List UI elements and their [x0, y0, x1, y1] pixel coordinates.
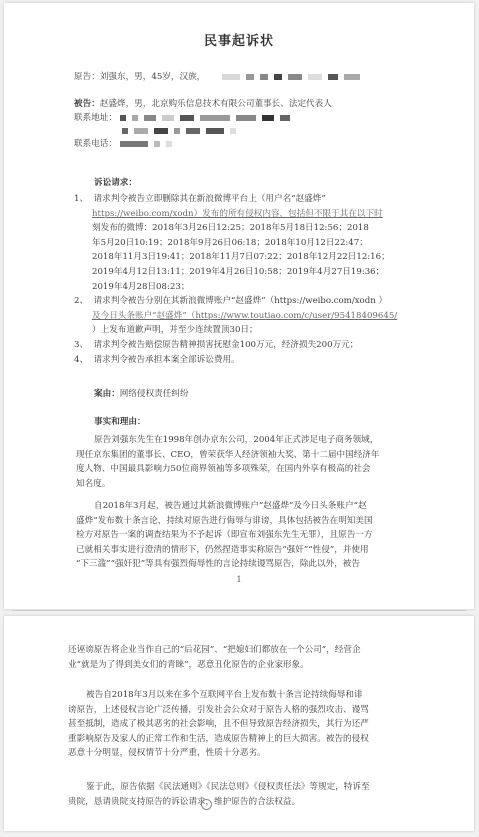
weibo-link[interactable]: https://weibo.com/xodn）发布的所有侵权内容，包括但不限于其…: [92, 209, 383, 219]
claim-number: 4、: [74, 355, 88, 365]
defendant-line: 被告：赵盛烨，男，北京购乐信息技术有限公司董事长、法定代表人: [74, 98, 332, 111]
paragraph-line: 甚至抵制，造成了极其恶劣的社会影响，且不但导致原告经济损失，其行为还严: [68, 717, 369, 732]
cause-of-action: 案由：网络侵权责任纠纷: [94, 388, 189, 401]
paragraph-line: 知名度。: [76, 477, 380, 492]
paragraph-line: 度人物、中国最具影响力50位商界领袖等多项殊荣，在国内外享有极高的社会: [76, 462, 380, 477]
phone-label: 联系电话：: [74, 139, 117, 149]
claim-number: 2、: [74, 296, 88, 306]
watermark-icon: [201, 799, 212, 810]
claim-4: 4、 请求判令被告承担本案全部诉讼费用。: [74, 353, 240, 368]
claim-text: 2019年4月28日08:23；: [74, 280, 390, 295]
paragraph-line: 原告刘强东先生在1998年创办京东公司，2004年正式涉足电子商务领域，: [76, 433, 380, 448]
plaintiff-label: 原告：: [74, 72, 100, 82]
facts-heading: 事实和理由：: [94, 416, 146, 429]
facts-paragraph-4: 被告自2018年3月以来在多个互联网平台上发布数十条言论持续侮辱和诽 谤原告，上…: [68, 688, 369, 761]
document-title: 民事起诉状: [4, 30, 474, 49]
paragraph-line: 盛烨”发布数十条言论，持续对原告进行侮辱与诽谤，具体包括被告在明知美国: [76, 514, 373, 529]
paragraph-line: 自2018年3月起，被告通过其新浪微博账户“赵盛烨”及今日头条账户“赵: [76, 499, 373, 514]
address-label: 联系地址：: [74, 113, 117, 123]
facts-paragraph-2: 自2018年3月起，被告通过其新浪微博账户“赵盛烨”及今日头条账户“赵 盛烨”发…: [76, 499, 373, 572]
facts-paragraph-5: 鉴于此，原告依据《民法通则》《民法总则》《侵权责任法》等规定，特诉至 贵院，恳请…: [68, 780, 370, 809]
page-divider: [12, 610, 467, 611]
claim-text: 年5月20日10:19；2018年9月26日06:18；2018年10月12日2…: [74, 236, 390, 251]
document-page-1: 民事起诉状 原告：刘强东，男，45岁，汉族， 被告：赵盛烨，男，北京购乐信息技术…: [4, 3, 474, 609]
paragraph-line: 被告自2018年3月以来在多个互联网平台上发布数十条言论持续侮辱和诽: [68, 688, 369, 703]
facts-paragraph-3: 还诬谤原告将企业当作自己的“后花园”、“把媳妇们都放在一个公司”，经营企 业“就…: [68, 643, 361, 672]
redacted-address: [120, 113, 296, 123]
claim-number: 3、: [74, 340, 88, 350]
claim-text: 2018年11月3日19:41；2018年11月7日07:22；2018年12月…: [74, 250, 390, 265]
paragraph-line: 贵院，恳请贵院支持原告的诉讼请求，维护原告的合法权益。: [68, 795, 370, 810]
defendant-info: 赵盛烨，男，北京购乐信息技术有限公司董事长、法定代表人: [100, 99, 332, 109]
claims-heading: 诉讼请求：: [94, 177, 137, 190]
redacted-plaintiff-details: [222, 72, 366, 82]
claim-text: 请求判令被告赔偿原告精神损害抚慰金100万元，经济损失200万元；: [94, 340, 359, 350]
document-page-2: 还诬谤原告将企业当作自己的“后花园”、“把媳妇们都放在一个公司”，经营企 业“就…: [4, 616, 474, 831]
defendant-label: 被告：: [74, 99, 100, 109]
claim-text: 请求判令被告立即删除其在新浪微博平台上（用户名“赵盛烨”: [94, 194, 326, 204]
redacted-address-line-2: [122, 125, 242, 138]
facts-paragraph-1: 原告刘强东先生在1998年创办京东公司，2004年正式涉足电子商务领域， 现任京…: [76, 433, 380, 491]
toutiao-link[interactable]: 及今日头条账户“赵盛烨”（https://www.toutiao.com/c/u…: [92, 311, 397, 321]
claim-1: 1、 请求判令被告立即删除其在新浪微博平台上（用户名“赵盛烨” https://…: [74, 192, 390, 294]
defendant-address-line: 联系地址：: [74, 112, 296, 125]
paragraph-line: 谤原告，上述侵权言论广泛传播，引发社会公众对于原告人格的强烈攻击、谩骂: [68, 703, 369, 718]
paragraph-line: “下三滥”“强奸犯”等具有强烈侮辱性的言论持续谩骂原告，除此以外，被告: [76, 557, 373, 572]
paragraph-line: 还诬谤原告将企业当作自己的“后花园”、“把媳妇们都放在一个公司”，经营企: [68, 643, 361, 658]
cause-label: 案由：: [94, 389, 120, 399]
page-number: 1: [4, 575, 474, 584]
plaintiff-info: 刘强东，男，45岁，汉族，: [100, 72, 205, 82]
claim-3: 3、 请求判令被告赔偿原告精神损害抚慰金100万元，经济损失200万元；: [74, 338, 358, 353]
claim-text: ）上发布道歉声明，并至少连续置顶30日；: [74, 323, 397, 338]
defendant-phone-line: 联系电话：: [74, 138, 178, 151]
paragraph-line: 检方对原告一案的调查结果为不予起诉（即宣布刘强东先生无罪），且原告一方: [76, 528, 373, 543]
claim-2: 2、 请求判令被告分别在其新浪微博账户“赵盛烨”（https://weibo.c…: [74, 294, 397, 338]
paragraph-line: 现任京东集团的董事长、CEO，曾荣获华人经济领袖大奖、第十二届中国经济年: [76, 448, 380, 463]
paragraph-line: 恶意十分明显，侵权情节十分严重，性质十分恶劣。: [68, 746, 369, 761]
claim-text: 请求判令被告分别在其新浪微博账户“赵盛烨”（https://weibo.com/…: [94, 296, 388, 306]
paragraph-line: 鉴于此，原告依据《民法通则》《民法总则》《侵权责任法》等规定，特诉至: [68, 780, 370, 795]
paragraph-line: 已就相关事实进行澄清的情形下，仍然捏造事实称原告“强奸”“性侵”，并使用: [76, 543, 373, 558]
claim-text: 刻发布的微博：2018年3月26日12:25；2018年5月18日12:56；2…: [74, 221, 390, 236]
claim-text: 2019年4月12日13:11；2019年4月26日10:58；2019年4月2…: [74, 265, 390, 280]
redacted-phone: [120, 139, 178, 149]
cause-value: 网络侵权责任纠纷: [120, 389, 189, 399]
paragraph-line: 业“就是为了得到美女们的青睐”，恶意丑化原告的企业家形象。: [68, 658, 361, 673]
plaintiff-line: 原告：刘强东，男，45岁，汉族，: [74, 71, 366, 84]
paragraph-line: 重影响原告及家人的正常工作和生活，造成原告精神上的巨大损害。被告的侵权: [68, 732, 369, 747]
claim-text: 请求判令被告承担本案全部诉讼费用。: [94, 355, 240, 365]
claim-number: 1、: [74, 194, 88, 204]
